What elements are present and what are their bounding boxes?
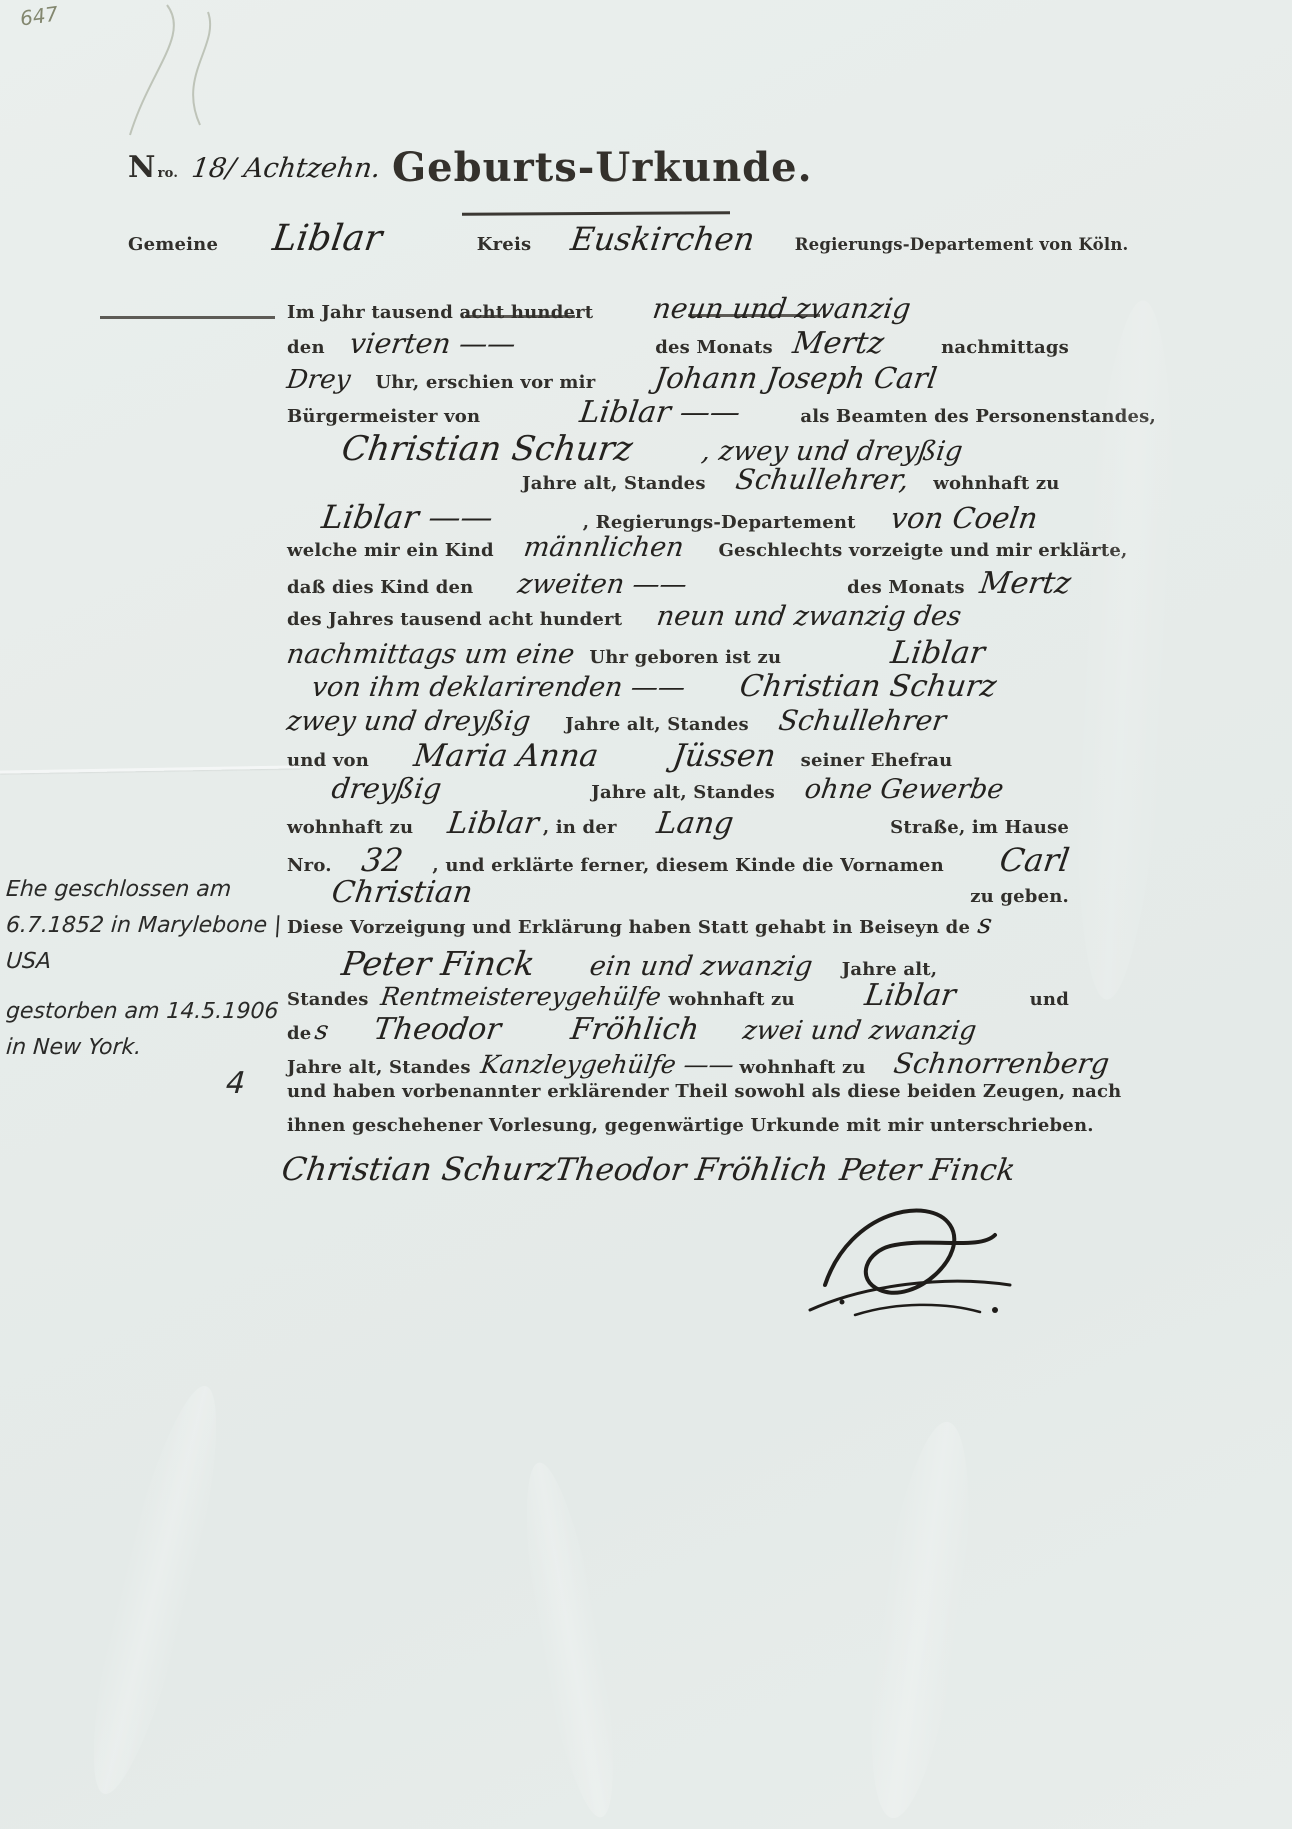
handwritten-entry: vierten ——: [347, 327, 517, 360]
handwritten-entry: s: [976, 909, 994, 940]
printed-text: seiner Ehefrau: [801, 750, 953, 771]
printed-text: Jahre alt, Standes: [591, 782, 775, 803]
archive-number: 647: [19, 1, 60, 30]
handwritten-entry: Liblar: [889, 635, 988, 671]
document-number: N ro. 18/ Achtzehn.: [128, 150, 381, 185]
handwritten-entry: 32: [359, 841, 405, 879]
printed-text: Uhr geboren ist zu: [589, 647, 781, 668]
margin-note-line: in New York.: [5, 1030, 290, 1066]
printed-text: Bürgermeister von: [287, 406, 480, 427]
document-line: Jahre alt, StandesKanzleygehülfe ——wohnh…: [287, 1047, 1069, 1081]
gemeine-label: Gemeine: [128, 234, 218, 255]
kreis-label: Kreis: [477, 234, 532, 255]
printed-text: ihnen geschehener Vorlesung, gegenwärtig…: [287, 1115, 1094, 1136]
number-label-sup: ro.: [158, 166, 178, 181]
handwritten-entry: Schnorrenberg: [891, 1047, 1111, 1080]
printed-text: Jahre alt,: [842, 959, 938, 980]
document-line: Diese Vorzeigung und Erklärung haben Sta…: [287, 909, 1069, 943]
handwritten-entry: Jüssen: [671, 738, 779, 774]
margin-note-line: gestorben am 14.5.1906: [5, 994, 290, 1030]
handwritten-entry: Liblar ——: [578, 395, 743, 430]
document-line: wohnhaft zuLiblar, in derLangStraße, im …: [287, 806, 1069, 840]
page-title: Geburts-Urkunde.: [392, 144, 813, 191]
printed-text: , Regierungs-Departement: [583, 512, 856, 533]
rule-dash: [100, 316, 275, 319]
handwritten-entry: Drey: [285, 365, 353, 395]
printed-text: Diese Vorzeigung und Erklärung haben Sta…: [287, 917, 970, 938]
handwritten-entry: Fröhlich: [568, 1012, 701, 1047]
handwritten-entry: von ihm deklarirenden ——: [310, 672, 687, 703]
printed-text: daß dies Kind den: [287, 577, 473, 598]
printed-text: des Monats: [847, 577, 965, 598]
document-line: von ihm deklarirenden ——Christian Schurz: [287, 669, 1069, 703]
document-line: ihnen geschehener Vorlesung, gegenwärtig…: [287, 1115, 1069, 1149]
document-line: Liblar ——, Regierungs-Departementvon Coe…: [287, 498, 1069, 532]
printed-text: Standes: [287, 989, 369, 1010]
pencil-scribble: [105, 0, 255, 150]
signature: Christian Schurz: [279, 1150, 558, 1188]
margin-annotation: Ehe geschlossen am6.7.1852 in Marylebone…: [6, 872, 288, 1102]
handwritten-entry: Maria Anna: [411, 738, 600, 774]
printed-text: des Jahres tausend acht hundert: [287, 609, 622, 630]
signature: Theodor Fröhlich: [553, 1152, 831, 1188]
handwritten-entry: Mertz: [977, 566, 1073, 601]
printed-text: welche mir ein Kind: [287, 540, 494, 561]
printed-text: wohnhaft zu: [739, 1057, 865, 1078]
document-line: DreyUhr, erschien vor mirJohann Joseph C…: [287, 361, 1069, 395]
handwritten-entry: Lang: [654, 806, 735, 841]
document-line: Bürgermeister vonLiblar ——als Beamten de…: [287, 395, 1069, 429]
handwritten-entry: ein und zwanzig: [587, 951, 814, 982]
document-line: und vonMaria AnnaJüssenseiner Ehefrau: [287, 738, 1069, 772]
printed-text: , in der: [543, 817, 617, 838]
printed-text: Straße, im Hause: [890, 817, 1069, 838]
printed-text: nachmittags: [941, 337, 1069, 358]
margin-note-line: 6.7.1852 in Marylebone |: [5, 908, 290, 944]
kreis-value: Euskirchen: [569, 220, 758, 258]
document-line: des Jahres tausend acht hundertneun und …: [287, 601, 1069, 635]
document-line: nachmittags um eineUhr geboren ist zuLib…: [287, 635, 1069, 669]
handwritten-entry: Christian Schurz: [339, 429, 635, 469]
department-label: Regierungs-Departement von Köln.: [795, 235, 1129, 254]
document-line: welche mir ein KindmännlichenGeschlechts…: [287, 532, 1069, 566]
handwritten-entry: Schullehrer: [777, 704, 948, 737]
document-page: 647 N ro. 18/ Achtzehn. Geburts-Urkunde.…: [0, 0, 1292, 1829]
printed-text: wohnhaft zu: [287, 817, 413, 838]
handwritten-entry: Christian: [330, 875, 475, 910]
handwritten-entry: Theodor: [371, 1012, 503, 1047]
handwritten-entry: zwei und zwanzig: [741, 1016, 978, 1046]
handwritten-entry: Liblar ——: [319, 498, 495, 536]
printed-text: , und erklärte ferner, diesem Kinde die …: [432, 855, 943, 876]
handwritten-entry: Rentmeistereygehülfe: [379, 982, 663, 1011]
printed-text: Jahre alt, Standes: [565, 714, 749, 735]
scan-artifact: [1062, 298, 1189, 1002]
margin-note-line: Ehe geschlossen am: [5, 872, 290, 908]
document-body: Im Jahr tausend acht hundertneun und zwa…: [287, 292, 1069, 1149]
handwritten-entry: ohne Gewerbe: [803, 774, 1006, 805]
signature: Peter Finck: [838, 1153, 1018, 1188]
printed-text: zu geben.: [970, 886, 1069, 907]
document-line: dreyßigJahre alt, Standesohne Gewerbe: [287, 772, 1069, 806]
gemeine-value: Liblar: [270, 218, 384, 259]
printed-text: den: [287, 337, 325, 358]
printed-text: wohnhaft zu: [669, 989, 795, 1010]
handwritten-entry: Liblar: [446, 806, 541, 841]
document-line: Im Jahr tausend acht hundertneun und zwa…: [287, 292, 1069, 326]
handwritten-entry: zweiten ——: [516, 569, 689, 600]
handwritten-entry: Christian Schurz: [738, 669, 999, 704]
handwritten-entry: Schullehrer,: [733, 463, 910, 496]
printed-text: Im Jahr tausend acht hundert: [287, 302, 593, 323]
printed-text: und: [1030, 989, 1069, 1010]
handwritten-entry: s: [313, 1016, 331, 1046]
handwritten-entry: Liblar: [862, 978, 957, 1013]
handwritten-entry: Mertz: [790, 326, 886, 361]
handwritten-entry: neun und zwanzig des: [655, 601, 963, 632]
document-line: Christian Schurz, zwey und dreyßig: [287, 429, 1069, 463]
number-label: N: [128, 150, 156, 185]
printed-text: Jahre alt, Standes: [522, 473, 706, 494]
printed-text: wohnhaft zu: [933, 473, 1059, 494]
handwritten-entry: nachmittags um eine: [285, 639, 577, 670]
handwritten-entry: Peter Finck: [339, 944, 537, 983]
handwritten-entry: neun und zwanzig: [651, 292, 913, 325]
printed-text: des Monats: [655, 337, 773, 358]
document-line: desTheodorFröhlichzwei und zwanzig: [287, 1012, 1069, 1046]
scan-artifact: [853, 1416, 988, 1823]
number-value: 18/ Achtzehn.: [190, 153, 383, 184]
margin-note-line: 4: [5, 1066, 290, 1102]
document-line: Nro.32, und erklärte ferner, diesem Kind…: [287, 841, 1069, 875]
printed-text: de: [287, 1023, 311, 1044]
commune-row: Gemeine Liblar Kreis Euskirchen Regierun…: [128, 218, 1178, 259]
printed-text: Jahre alt, Standes: [287, 1057, 471, 1078]
document-line: daß dies Kind denzweiten ——des MonatsMer…: [287, 566, 1069, 600]
handwritten-entry: dreyßig: [330, 772, 444, 805]
handwritten-entry: männlichen: [522, 532, 686, 563]
document-line: zwey und dreyßigJahre alt, StandesSchull…: [287, 704, 1069, 738]
printed-text: Geschlechts vorzeigte und mir erklärte,: [718, 540, 1127, 561]
scan-artifact: [509, 1458, 631, 1823]
document-line: und haben vorbenannter erklärender Theil…: [287, 1081, 1069, 1115]
margin-note-line: USA: [5, 944, 290, 980]
document-line: denvierten ——des MonatsMertznachmittags: [287, 326, 1069, 360]
signature-flourish-icon: [795, 1190, 1025, 1330]
handwritten-entry: Carl: [997, 841, 1071, 879]
scan-artifact: [70, 1378, 240, 1802]
handwritten-entry: von Coeln: [888, 501, 1039, 535]
document-line: Peter Finckein und zwanzigJahre alt,: [287, 944, 1069, 978]
document-line: StandesRentmeistereygehülfewohnhaft zuLi…: [287, 978, 1069, 1012]
printed-text: Uhr, erschien vor mir: [375, 372, 595, 393]
handwritten-entry: zwey und dreyßig: [285, 706, 533, 737]
printed-text: und haben vorbenannter erklärender Theil…: [287, 1081, 1121, 1102]
handwritten-entry: Johann Joseph Carl: [653, 361, 940, 395]
handwritten-entry: Kanzleygehülfe ——: [479, 1050, 736, 1079]
title-underline: [462, 211, 730, 215]
document-line: Christianzu geben.: [287, 875, 1069, 909]
fold-crease: [0, 765, 300, 773]
printed-text: Nro.: [287, 855, 332, 876]
